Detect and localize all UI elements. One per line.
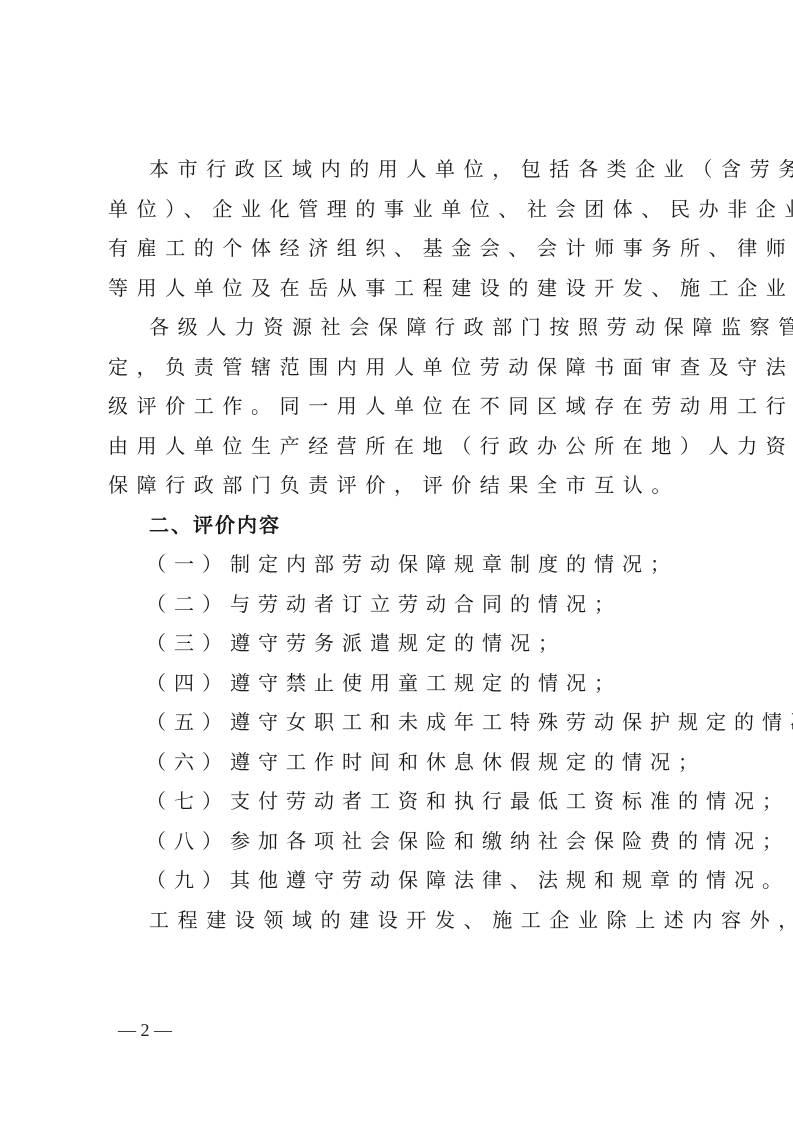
list-item: （九）其他遵守劳动保障法律、法规和规章的情况。 xyxy=(108,861,698,901)
text-line: 定，负责管辖范围内用人单位劳动保障书面审查及守法诚信等 xyxy=(108,348,698,388)
evaluation-items-list: （一）制定内部劳动保障规章制度的情况； （二）与劳动者订立劳动合同的情况； （三… xyxy=(108,545,698,901)
list-item: （三）遵守劳务派遣规定的情况； xyxy=(108,624,698,664)
list-item: （一）制定内部劳动保障规章制度的情况； xyxy=(108,545,698,585)
text-line: 有雇工的个体经济组织、基金会、会计师事务所、律师事务所 xyxy=(108,229,698,269)
text-line: 工程建设领域的建设开发、施工企业除上述内容外，还应 xyxy=(108,901,698,941)
document-body: 本市行政区域内的用人单位，包括各类企业（含劳务派遣 单位）、企业化管理的事业单位… xyxy=(108,150,698,940)
text-line: 由用人单位生产经营所在地（行政办公所在地）人力资源社会 xyxy=(108,427,698,467)
list-item: （二）与劳动者订立劳动合同的情况； xyxy=(108,585,698,625)
text-line: 本市行政区域内的用人单位，包括各类企业（含劳务派遣 xyxy=(108,150,698,190)
list-item: （七）支付劳动者工资和执行最低工资标准的情况； xyxy=(108,782,698,822)
paragraph-construction: 工程建设领域的建设开发、施工企业除上述内容外，还应 xyxy=(108,901,698,941)
list-item: （八）参加各项社会保险和缴纳社会保险费的情况； xyxy=(108,822,698,862)
text-line: 等用人单位及在岳从事工程建设的建设开发、施工企业。 xyxy=(108,269,698,309)
list-item: （四）遵守禁止使用童工规定的情况； xyxy=(108,664,698,704)
paragraph-responsibility: 各级人力资源社会保障行政部门按照劳动保障监察管辖规 定，负责管辖范围内用人单位劳… xyxy=(108,308,698,506)
section-heading: 二、评价内容 xyxy=(108,506,698,546)
text-line: 级评价工作。同一用人单位在不同区域存在劳动用工行为的， xyxy=(108,387,698,427)
text-line: 单位）、企业化管理的事业单位、社会团体、民办非企业单位、 xyxy=(108,190,698,230)
list-item: （六）遵守工作时间和休息休假规定的情况； xyxy=(108,743,698,783)
page-number: — 2 — xyxy=(118,1020,172,1041)
text-line: 各级人力资源社会保障行政部门按照劳动保障监察管辖规 xyxy=(108,308,698,348)
list-item: （五）遵守女职工和未成年工特殊劳动保护规定的情况； xyxy=(108,703,698,743)
paragraph-scope: 本市行政区域内的用人单位，包括各类企业（含劳务派遣 单位）、企业化管理的事业单位… xyxy=(108,150,698,308)
text-line: 保障行政部门负责评价，评价结果全市互认。 xyxy=(108,466,698,506)
document-page: 本市行政区域内的用人单位，包括各类企业（含劳务派遣 单位）、企业化管理的事业单位… xyxy=(0,0,793,1122)
